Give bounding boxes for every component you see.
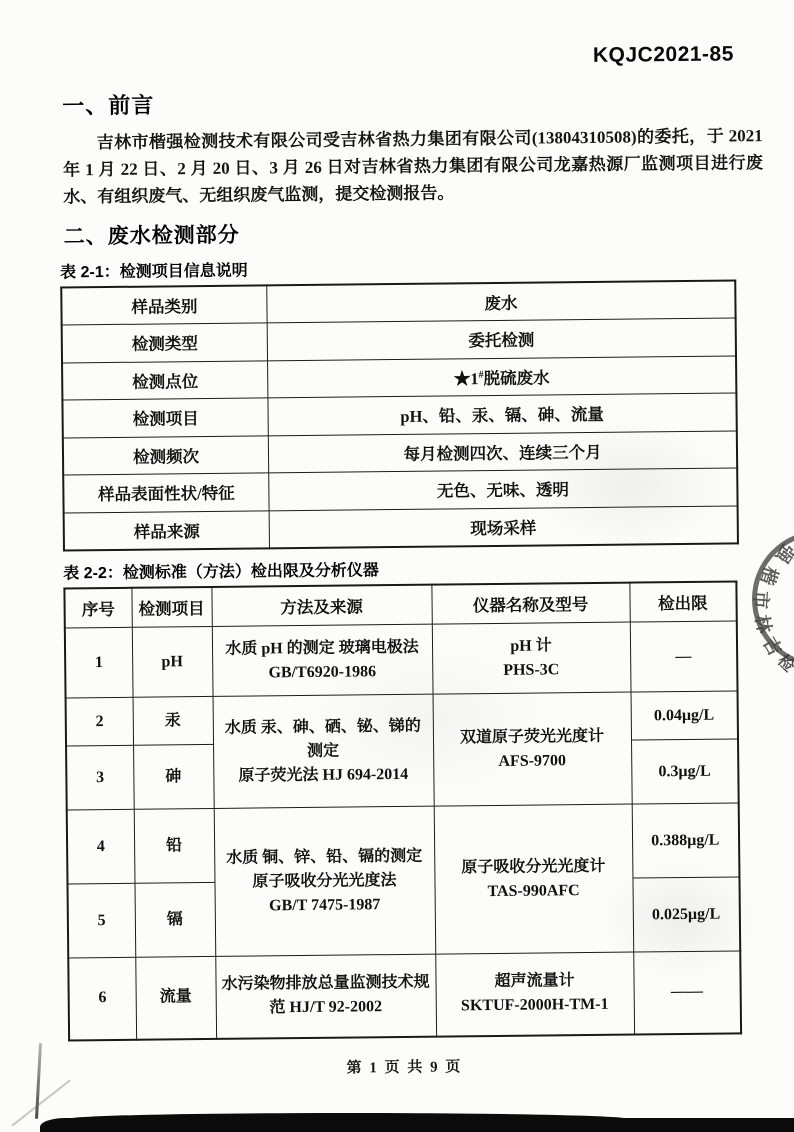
table-2-2: 序号 检测项目 方法及来源 仪器名称及型号 检出限 1 pH 水质 pH 的测定… (63, 580, 742, 1041)
row-label: 检测类型 (62, 323, 268, 363)
instrument-line: AFS-9700 (438, 748, 627, 774)
table-2-2-caption: 表 2-2：检测标准（方法）检出限及分析仪器 (63, 553, 765, 583)
cell-no: 5 (67, 883, 135, 958)
cell-item: 流量 (135, 956, 216, 1039)
section-2-title: 二、废水检测部分 (64, 213, 762, 250)
row-label: 样品来源 (64, 510, 270, 550)
instrument-line: pH 计 (436, 633, 625, 659)
method-line: 水质 汞、砷、硒、铋、锑的测定 (217, 714, 428, 764)
section-1-title: 一、前言 (62, 82, 760, 120)
header-cell-method: 方法及来源 (211, 584, 431, 626)
header-cell-instrument: 仪器名称及型号 (431, 582, 629, 624)
row-label: 样品表面性状/特征 (63, 473, 269, 513)
table-2-1: 样品类别 废水 检测类型 委托检测 检测点位 ★1#脱硫废水 检测项目 pH、铅… (60, 279, 739, 551)
cell-item: 镉 (134, 882, 215, 957)
cell-method: 水质 pH 的测定 玻璃电极法 GB/T6920-1986 (212, 624, 433, 696)
row-label: 检测项目 (62, 398, 268, 438)
header-cell-no: 序号 (64, 587, 131, 628)
scan-bottom-edge-bar (40, 1118, 794, 1132)
monitoring-point-prefix: ★1 (454, 369, 479, 388)
table-row: 1 pH 水质 pH 的测定 玻璃电极法 GB/T6920-1986 pH 计 … (65, 621, 738, 698)
cell-item: 铅 (134, 808, 215, 883)
preface-paragraph: 吉林市楷强检测技术有限公司受吉林省热力集团有限公司(13804310508)的委… (63, 122, 764, 210)
table-header-row: 序号 检测项目 方法及来源 仪器名称及型号 检出限 (64, 581, 736, 628)
cell-method: 水污染物排放总量监测技术规范 HJ/T 92-2002 (215, 954, 436, 1038)
cell-no: 1 (65, 627, 133, 698)
cell-no: 6 (68, 957, 136, 1040)
cell-item: 汞 (133, 696, 213, 745)
row-value: pH、铅、汞、镉、砷、流量 (268, 393, 737, 435)
cell-instrument-merged: 双道原子荧光光度计 AFS-9700 (433, 692, 632, 806)
row-value: 废水 (267, 280, 736, 322)
cell-limit: 0.388μg/L (632, 803, 740, 878)
method-line: 原子吸收分光光度法 (219, 868, 430, 894)
cell-instrument: 超声流量计 SKTUF-2000H-TM-1 (435, 952, 634, 1036)
table-row: 6 流量 水污染物排放总量监测技术规范 HJ/T 92-2002 超声流量计 S… (68, 951, 741, 1040)
method-line: 水污染物排放总量监测技术规范 HJ/T 92-2002 (220, 971, 431, 1021)
cell-no: 4 (67, 809, 135, 884)
cell-instrument-merged: 原子吸收分光光度计 TAS-990AFC (434, 804, 634, 954)
method-line: GB/T 7475-1987 (219, 892, 430, 918)
table-row: 样品来源 现场采样 (64, 505, 738, 550)
table-2-1-caption: 表 2-1：检测项目信息说明 (60, 252, 762, 282)
cell-limit: 0.025μg/L (632, 877, 740, 952)
document-number: KQJC2021-85 (58, 42, 760, 73)
row-label: 检测点位 (62, 360, 268, 400)
cell-limit: — (630, 621, 738, 692)
cell-method-merged: 水质 汞、砷、硒、铋、锑的测定 原子荧光法 HJ 694-2014 (213, 694, 434, 808)
row-label: 检测频次 (63, 435, 269, 475)
instrument-line: 超声流量计 (440, 969, 629, 995)
cell-instrument: pH 计 PHS-3C (432, 622, 631, 694)
company-seal-character: 市 (748, 590, 775, 610)
cell-no: 3 (66, 745, 134, 810)
table-row: 4 铅 水质 铜、锌、铅、镉的测定 原子吸收分光光度法 GB/T 7475-19… (67, 803, 740, 884)
page-number: 第 1 页 共 9 页 (68, 1052, 740, 1080)
row-value: 每月检测四次、连续三个月 (268, 430, 737, 472)
cell-limit: 0.04μg/L (631, 691, 738, 740)
instrument-line: TAS-990AFC (439, 878, 628, 904)
cell-limit: 0.3μg/L (631, 739, 739, 804)
table-row: 2 汞 水质 汞、砷、硒、铋、锑的测定 原子荧光法 HJ 694-2014 双道… (66, 691, 738, 746)
instrument-line: PHS-3C (437, 657, 626, 683)
header-cell-item: 检测项目 (131, 586, 211, 627)
cell-limit: —— (633, 951, 741, 1034)
cell-item: pH (132, 626, 213, 697)
header-cell-limit: 检出限 (629, 581, 736, 622)
instrument-line: SKTUF-2000H-TM-1 (440, 993, 629, 1019)
row-value: ★1#脱硫废水 (268, 355, 737, 397)
method-line: 原子荧光法 HJ 694-2014 (218, 762, 429, 788)
page-content: KQJC2021-85 一、前言 吉林市楷强检测技术有限公司受吉林省热力集团有限… (0, 0, 794, 1132)
cell-method-merged: 水质 铜、锌、铅、镉的测定 原子吸收分光光度法 GB/T 7475-1987 (214, 806, 436, 956)
row-label: 样品类别 (61, 285, 267, 325)
method-line: 水质 铜、锌、铅、镉的测定 (219, 844, 430, 870)
instrument-line: 双道原子荧光光度计 (437, 724, 626, 750)
scanned-report-page: KQJC2021-85 一、前言 吉林市楷强检测技术有限公司受吉林省热力集团有限… (0, 0, 794, 1132)
row-value: 委托检测 (267, 318, 736, 360)
row-value: 现场采样 (269, 505, 738, 547)
cell-item: 砷 (133, 744, 214, 809)
method-line: GB/T6920-1986 (217, 659, 428, 685)
row-value: 无色、无味、透明 (269, 468, 738, 510)
cell-no: 2 (66, 697, 133, 746)
instrument-line: 原子吸收分光光度计 (439, 854, 628, 880)
method-line: 水质 pH 的测定 玻璃电极法 (216, 635, 427, 661)
monitoring-point-name: 脱硫废水 (484, 368, 550, 388)
